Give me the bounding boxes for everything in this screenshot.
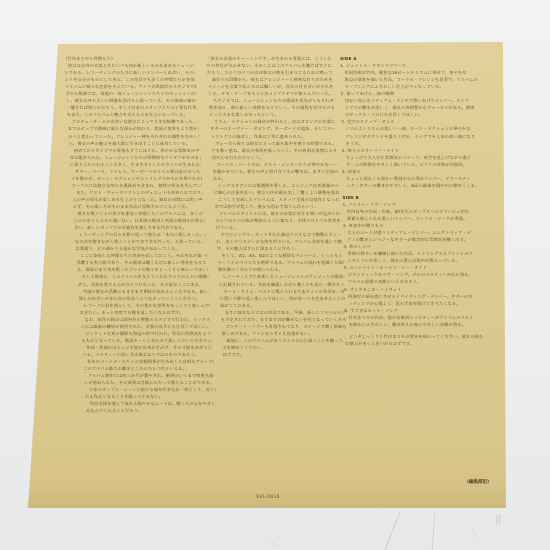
text-line: ッティングが心地よく、思わず窓を開けて走りたくなる。 [344, 300, 502, 307]
text-line: に細心の注意を払い、彼女の声が最も美しく響くよう調整を重ねた。 [213, 189, 339, 196]
text-line: アノの響きとジャジーなギターが都会的な雰囲気を醸し出す。 [343, 236, 501, 243]
text-line: ングスの響きが美しく、彼女の表情豊かなヴォーカルが光る。間奏 [341, 104, 499, 111]
text-line: そして最後に、このアルバムを支えてくれたすべての人々に感謝を込 [77, 273, 208, 280]
text-line: コンサート・ツアーも計画されており、ステージで聴く新曲も今から [221, 323, 347, 330]
catalog-number: SVL-0016 [256, 495, 280, 500]
text-line: レコーディングに参加したミュージシャンのクレジットは歌詞カード [218, 273, 344, 280]
text-line: 言葉通り、どの曲からも温かな空気が伝わってくる。 [75, 245, 206, 252]
text-line: ある。 [213, 175, 339, 182]
text-line: まさに彼女ならではの作品である。今後、新しいアルバムのリリース [220, 309, 346, 316]
text-line: 活躍する実力派であり、その演奏は聴くたびに新しい発見を与えてくれ [76, 259, 207, 266]
text-line: 今後の彼女の活動にもますます期待が高まるところである。新しい仲 [78, 288, 209, 295]
text-line: 「彼女の音楽のチャーミングさ」が生まれる背景には、こうした仲間た [206, 55, 332, 62]
text-line: このアルバム最大の聴きどころのひとつだといえる。 [83, 365, 214, 372]
text-line: また、ゲスト・ヴォーカリストとのデュエットも収められており、二 [72, 189, 203, 196]
text-line: とって大きな楽しみだったという。 [209, 111, 335, 118]
text-line: アルバムに様々な色彩をそえている。アメリカ西海岸のスタジオで録音 [65, 83, 196, 90]
text-line: で、その魅力はさらに深まることだろう。 [217, 245, 343, 252]
text-line: はずです。 [223, 351, 349, 358]
text-line: す二人の時間をやさしく描いている。ピアノの伴奏が印象的。 [342, 161, 500, 168]
text-line: 1. ツイスト・ラヴ・ソング [343, 201, 501, 208]
text-line: こうして完成したアルバムは、スタッフ全員の自信作となった。試聴 [214, 196, 340, 203]
text-line: スタジオでは、ミュージシャンたちが譜面を見ながらもそれぞれの解 [208, 97, 334, 104]
text-line: までのポップス路線に新たな深みが加わり、歌詞の世界もより豊かなも [68, 125, 199, 132]
text-column-3: SIDE A1. ジェントル・サウンドブリーズ作詞作曲は竹内。軽快な16ビートの… [340, 55, 503, 347]
text-line: 切ない恋心をミディアム・テンポで歌いあげたナンバー。ストリ [341, 97, 499, 104]
text-line: ギター、ベース、ドラムス、キーボードのリズム隊は息の合ったプレ [70, 168, 201, 175]
text-line: 楽がここにある。 [220, 302, 346, 309]
text-line: しが重ねられた。その成果は全曲にわたって感じることができる。 [84, 379, 215, 386]
text-line: 5. 約束の [342, 168, 500, 175]
text-line: 合い、新しいポップスの可能性を感じさせる作品である。 [74, 224, 205, 231]
text-line: トリングスの録音と、作業は丁寧に進められた。 [210, 133, 336, 140]
text-line: なの音を聴きながら歌うことができて幸せだった」と語っている。その [75, 238, 206, 245]
text-line: SIDE A [340, 55, 498, 62]
text-line: を聴かせている。彼女の声と溶け合うその響きは、まさに至福の瞬間で [212, 168, 338, 175]
text-line: なお、本作の録音は国内外の複数のスタジオで行われ、ミックスダウ [80, 316, 211, 323]
text-line: レコーディングの日々を振り返って彼女は「本当に楽しかった。みん [74, 231, 205, 238]
text-line: プロデューサーとの出会いは彼女にとって大きな転機であった。それ [67, 118, 198, 125]
text-line: 作品全体を通じて流れる穏やかなムードは、聴く人の心をやさしく包 [85, 400, 216, 407]
text-line: み込んでくれることだろう。 [86, 407, 217, 414]
text-line: そうだ。 [341, 140, 499, 147]
text-line: 制作陣のこだわりが感じられる。 [218, 266, 344, 273]
text-line: 長年のパートナーたちとの信頼関係が生み出した自然なグルーヴは、 [83, 358, 214, 365]
text-line: ンサンブルが美しく、彼女の澄んだ歌声が際立っている。 [344, 257, 502, 264]
text-line: 同も心を打たれたという。 [212, 154, 338, 161]
text-line: アルバムのタイトルには、彼女の音楽に対する想いが込められている。 [215, 210, 341, 217]
text-line: だろう。ひとつひとつの音が彼女の歌を引き立てるために鳴っている。 [207, 69, 333, 76]
text-line: 要素も感じられる楽しいナンバー。コーラス・ワークが秀逸。 [343, 215, 501, 222]
text-line: 5. サンタモニカ・ハイウェイ [344, 286, 502, 293]
text-line: 作詞・作曲のほとんどを彼女自身が手がけ、その才能を改めて示して [82, 344, 213, 351]
text-line: ちの存在が欠かせない。そのことはこのアルバムを聴けばすぐにわかる [206, 62, 332, 69]
text-line: のへと変わっていった。アレンジャー陣もそれぞれの個性を生かしなが [68, 133, 199, 140]
text-line: 文を締めくくりたい。 [222, 344, 348, 351]
text-line: リズム・セクションの録音が終わると、次はダビングの作業に入る。 [210, 118, 336, 125]
text-line: 釈を加え、曲に新しい表情を与えていく。その過程を見守るのも彼女に [209, 104, 335, 111]
text-line: 初めてのスタジオでの緊張もすぐにほぐれ、和やかな雰囲気の中で録 [69, 147, 200, 154]
text-line: 3. 星空のステップ・ダンス [341, 118, 499, 125]
text-line: イを聴かせ、ホーン・セクションやストリングスがそれを華やかに彩る。 [71, 175, 202, 182]
text-line: 人の声の対比が楽しめる仕上がりとなった。録音の合間には笑い声が絶 [72, 196, 203, 203]
text-line: も予定されており、ますます目が離せない存在となっていくだろう。 [221, 316, 347, 323]
text-line: めて。音楽を愛する心がひとつになった、その証がここにある。 [78, 281, 209, 288]
text-line: アレンジがサウンドを盛り上げる。ライヴでも人気の高い曲になり [341, 133, 499, 140]
text-line: 楽しみである。ファンならずとも見逃せない。 [221, 330, 347, 337]
text-line: に記載されている。名前を確認しながら聴くのもまた一興だろう。 [219, 281, 345, 288]
text-line: ンには最新の機材が使用された。音質の良さにも注目してほしい。 [80, 323, 211, 330]
text-line: る。細部にまで気を配ったプレイの数々をじっくりと味わってほしい。 [77, 266, 208, 273]
text-line: 4. 帰りのスターリー・ナイト [342, 147, 500, 154]
editorial-credit: (編集部記) [467, 479, 489, 485]
text-line: された数曲では、現地の一流ミュージシャンたちとのセッションが実現 [65, 90, 196, 97]
text-line: のサックス・ソロにも注目してほしい。 [341, 111, 499, 118]
text-line: ック・ギターの響きがやさしく、A面の最後を穏やかに締めくくる。 [342, 182, 500, 189]
text-line: ンの心をとらえるに違いない。日本語の歌詞と英語の歌詞が自然に溶け [73, 217, 204, 224]
text-line: だきたい。きっと何度でも聴き返したくなるはずだ。 [79, 309, 210, 316]
text-line: そして、A1、A4、B2のような軽快なナンバーと、しっとりとしたバ [217, 252, 343, 259]
text-line: 1. ジェントル・サウンドブリーズ [340, 62, 498, 69]
text-line: 作詞作曲は竹内。軽快な16ビートのリズムに乗せて、爽やかな [340, 69, 498, 76]
text-line: に置いて繰り返し楽しんでほしい。時が経っても色あせることのない音 [219, 295, 345, 302]
text-line: オープニングにふさわしい仕上がりとなっている。 [340, 83, 498, 90]
text-line: レコードに針を落として、その豊かな世界をゆっくりと楽しんでいた [79, 302, 210, 309]
text-line: すでにシングル・カットされた曲はラジオなどで頻繁にオン・エアさ [216, 231, 342, 238]
text-line: ここに参加した仲間たちの名前を記しておこう。それぞれが第一線で [76, 252, 207, 259]
text-line: 6. すてきなヒット・ソング [344, 307, 502, 314]
text-line: ンである。レコーディングのたびに新しいメンバーと出会い、そのサウ [64, 69, 195, 76]
text-line: を飾るにふさわしい。聴き終えた後にやさしい余韻が残る。 [345, 321, 503, 328]
text-line: 一聴すれば明らかだろう。そして日本のスタッフたちの丁寧な仕事ぶり [66, 104, 197, 111]
text-line: 4. ムーンライト・ホールド・ミー・タイト [344, 264, 502, 271]
text-column-1: 《竹内まりやと仲間たち》 彼女は自身の音楽と共にいつも何か新しいものを求めるミュ… [63, 55, 217, 414]
text-line: ギターのオーヴァー・ダビング、キーボードの追加、そしてホーンやス [210, 125, 336, 132]
text-line: もまた、このアルバムの魅力を支える大きな力となっている。 [67, 111, 198, 118]
text-line: いる。メロディーの美しさは彼女ならではのものであろう。 [82, 351, 213, 358]
text-line: げている。 [215, 224, 341, 231]
text-line: ヴォーカル録りは彼女にとって最も集中を要する時間である。何テイ [211, 140, 337, 147]
text-line: 竹内まりやの作品。温かな歌詞とメロディーがアルバムのラスト [345, 314, 503, 321]
text-line: 最後に、このアルバムが多くの人々の心に届くことを願って、この一 [222, 337, 348, 344]
text-line: 彼女は自身の音楽と共にいつも何か新しいものを求めるミュージシャ [63, 62, 194, 69]
text-column-2: 「彼女の音楽のチャーミングさ」が生まれる背景には、こうした仲間たちの存在が欠かせ… [206, 55, 349, 358]
text-line: ちょっぴり大人びた雰囲気のバラード。夜空を見上げながら過ご [342, 154, 500, 161]
text-line: 西海岸の風を感じさせるドライヴィング・ナンバー。ギターのカ [344, 293, 502, 300]
text-line: 2. 振ってあげた…彼の瞬間 [341, 90, 499, 97]
text-line: アルバム屈指の名曲といえるだろう。 [344, 278, 502, 285]
text-line: 竹内自身の作詞・作曲。60年代のポップスへのオマージュ的な [343, 208, 501, 215]
text-line: し、彼女自身も大いに刺激を受けたと語っている。その演奏の確かさは [66, 97, 197, 104]
text-line: した。デモ・テープをもとに次々とアイデアが膨らんでいった。 [208, 90, 334, 97]
text-line: 音は進められた。ミュージシャンたちの即興的なアイデアがそのまま曲 [69, 154, 200, 161]
text-line: どうぞじっくりと竹内まりやの世界を味わってください。彼女の新た [345, 333, 503, 340]
text-line: 彼女が歌うことの喜びを素直に表現したこのアルバムは、多くのファ [73, 210, 204, 217]
text-line: ジャケット写真の撮影も海辺の街で行われ、作品の雰囲気をよく伝え [81, 330, 212, 337]
text-line: な魅力がきっと見つかるはずです。 [345, 340, 503, 347]
text-line: れ、多くのリスナーの支持を得ている。アルバム全体を通して聴くこと [216, 238, 342, 245]
text-line: 日本のポップス・シーンに新たな風を吹き込む一枚として、長く愛さ [84, 386, 215, 393]
text-line: コーラス・パートでは、ゲスト・シンガーたちが華やかなハーモニー [212, 161, 338, 168]
text-line: 2. 真夜中の贈りもの [343, 222, 501, 229]
text-line: 会では拍手が起こり、彼女も思わず涙ぐんだという。 [214, 203, 340, 210]
text-line: アルバム制作には約三か月が費やされ、納得のいくまで何度も録り直 [84, 372, 215, 379]
text-line: 大人のムードが漂うミディアム・ナンバー。エレクトリック・ピ [343, 229, 501, 236]
text-line: ロマンティックなラヴ・ソング。サビのメロディーが心に残る、 [344, 271, 502, 278]
text-line: 海辺の情景を描いた作品。コーラス・アレンジも見事で、アルバムの [340, 76, 498, 83]
text-line: オール・タイム・ベストに数えられるであろうこの作品を、ぜひ手元 [219, 288, 345, 295]
text-line: ミックスダウンには数週間を要した。エンジニアは各楽器のバランス [213, 182, 339, 189]
text-line: ひとつひとつの曲が物語のように連なり、全体でひとつの世界を作り上 [215, 217, 341, 224]
text-line: 間との出会いがまた次の作品へとつながっていくことだろう。 [78, 295, 209, 302]
text-line: クも歌い重ね、最良の表現を探っていく。その真剣な姿勢にスタッフ一 [211, 147, 337, 154]
text-line: るものとなっている。歌詞カードとあわせて楽しんでいただきたい。 [81, 337, 212, 344]
text-line: ノリのよいリズムが楽しい一曲。ホーン・セクションの華やかな [341, 125, 499, 132]
text-line: ンドを自分のものにしてきた。この作品でも多くの仲間たちが参加し、 [64, 76, 195, 83]
text-line: コーラスには彼女自身の多重録音も含まれ、独特の厚みを生んでいる。 [71, 182, 202, 189]
text-line: れる作品となることを願ってやまない。 [85, 393, 216, 400]
text-line: ちょっと切なくも温かい歌詞が心に残るナンバー。アコースティ [342, 175, 500, 182]
text-line: SIDE B [342, 194, 500, 201]
text-line: 季節の移ろいを繊細に描いた作品。ストリングスとフルートのア [343, 250, 501, 257]
text-line: ら、彼女の声の魅力を最大限に引き出すことに成功している。 [68, 140, 199, 147]
text-line: イメージを言葉で伝えるのは難しいが、長年の付き合いがそれを可能に [208, 83, 334, 90]
text-line: 3. 秋のしらべ [343, 243, 501, 250]
text-line: 《竹内まりやと仲間たち》 [63, 55, 194, 62]
text-line: ラードとのバランスも絶妙である。アルバムの流れを意識した曲順にも [217, 259, 343, 266]
text-line: 曲作りの段階から、彼女はアレンジャーと綿密な打ち合わせを重ねた。 [207, 76, 333, 83]
text-line: えず、その楽しさがそのまま作品に反映されているようだ。 [73, 203, 204, 210]
text-line: に取り入れられることも多く、生き生きとしたサウンドが生まれた。 [70, 161, 201, 168]
